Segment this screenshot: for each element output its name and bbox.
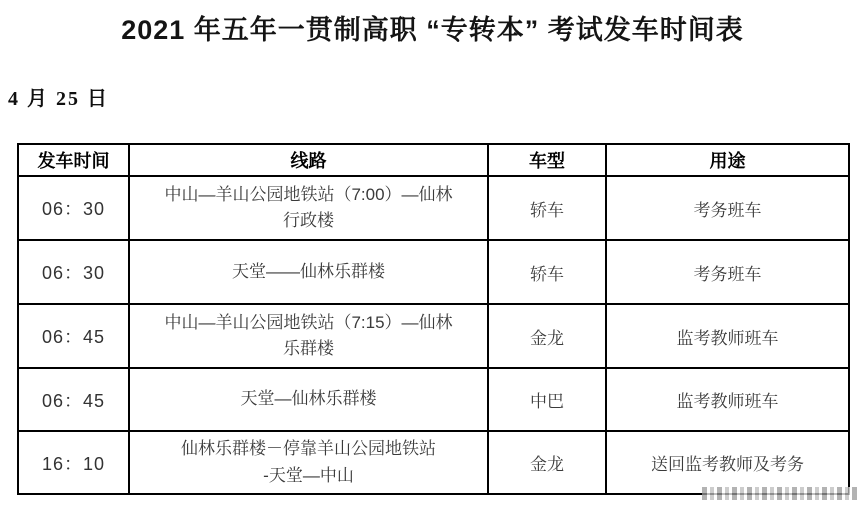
table-row: 06：30 中山—羊山公园地铁站（7:00）—仙林 行政楼 轿车 考务班车 [18,176,849,240]
col-header-purpose: 用途 [606,144,849,176]
header-row: 发车时间 线路 车型 用途 [18,144,849,176]
bus-schedule-table: 发车时间 线路 车型 用途 06：30 中山—羊山公园地铁站（7:00）—仙林 … [17,143,850,495]
cell-route: 天堂——仙林乐群楼 [129,240,488,304]
cell-vehicle-type: 金龙 [488,431,606,494]
cell-route: 仙林乐群楼－停靠羊山公园地铁站 -天堂—中山 [129,431,488,494]
cell-purpose: 监考教师班车 [606,304,849,368]
cell-vehicle-type: 轿车 [488,240,606,304]
cell-departure-time: 16：10 [18,431,129,494]
watermark [702,487,859,500]
col-header-vehicle-type: 车型 [488,144,606,176]
page-title: 2021 年五年一贯制高职 “专转本” 考试发车时间表 [0,8,865,47]
cell-purpose: 考务班车 [606,240,849,304]
table-row: 06：45 天堂—仙林乐群楼 中巴 监考教师班车 [18,368,849,431]
date-label: 4 月 25 日 [8,82,109,111]
cell-route: 天堂—仙林乐群楼 [129,368,488,431]
cell-departure-time: 06：30 [18,240,129,304]
col-header-route: 线路 [129,144,488,176]
cell-vehicle-type: 金龙 [488,304,606,368]
table-row: 06：45 中山—羊山公园地铁站（7:15）—仙林 乐群楼 金龙 监考教师班车 [18,304,849,368]
cell-purpose: 送回监考教师及考务 [606,431,849,494]
col-header-departure-time: 发车时间 [18,144,129,176]
cell-route: 中山—羊山公园地铁站（7:00）—仙林 行政楼 [129,176,488,240]
cell-purpose: 监考教师班车 [606,368,849,431]
cell-departure-time: 06：30 [18,176,129,240]
cell-purpose: 考务班车 [606,176,849,240]
cell-departure-time: 06：45 [18,368,129,431]
page: 2021 年五年一贯制高职 “专转本” 考试发车时间表 4 月 25 日 发车时… [0,0,865,514]
table-row: 16：10 仙林乐群楼－停靠羊山公园地铁站 -天堂—中山 金龙 送回监考教师及考… [18,431,849,494]
table-row: 06：30 天堂——仙林乐群楼 轿车 考务班车 [18,240,849,304]
cell-route: 中山—羊山公园地铁站（7:15）—仙林 乐群楼 [129,304,488,368]
cell-departure-time: 06：45 [18,304,129,368]
cell-vehicle-type: 中巴 [488,368,606,431]
cell-vehicle-type: 轿车 [488,176,606,240]
